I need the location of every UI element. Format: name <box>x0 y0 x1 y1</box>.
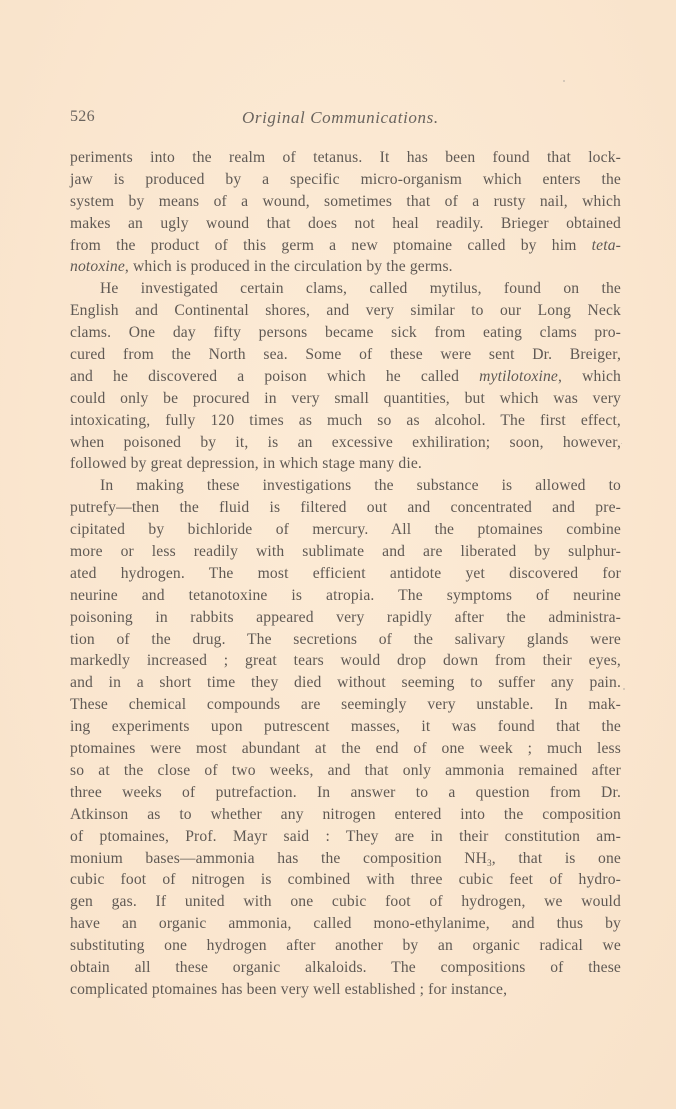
text-line: complicated ptomaines has been very well… <box>70 979 621 1001</box>
text-line: periments into the realm of tetanus. It … <box>70 147 621 169</box>
text-line: have an organic ammonia, called mono-eth… <box>70 913 621 935</box>
line-text: so at the close of two weeks, and that o… <box>70 762 621 779</box>
text-line: more or less readily with sublimate and … <box>70 541 621 563</box>
line-text: when poisoned by it, is an excessive exh… <box>70 434 621 451</box>
italic-term: notoxine <box>70 258 125 275</box>
paper-speck <box>563 80 565 82</box>
line-text: poisoning in rabbits appeared very rapid… <box>70 609 621 626</box>
text-line: jaw is produced by a specific micro-orga… <box>70 169 621 191</box>
line-text: could only be procured in very small qua… <box>70 390 621 407</box>
text-line: ptomaines were most abundant at the end … <box>70 738 621 760</box>
line-text: gen gas. If united with one cubic foot o… <box>70 893 621 910</box>
text-line: and in a short time they died without se… <box>70 672 621 694</box>
text-line: English and Continental shores, and very… <box>70 300 621 322</box>
text-line: three weeks of putrefaction. In answer t… <box>70 782 621 804</box>
text-line: ing experiments upon putrescent masses, … <box>70 716 621 738</box>
text-line: followed by great depression, in which s… <box>70 453 621 475</box>
text-line: intoxicating, fully 120 times as much so… <box>70 410 621 432</box>
italic-term: teta- <box>592 237 621 254</box>
line-text: Atkinson as to whether any nitrogen ente… <box>70 806 621 823</box>
line-text: , which <box>558 368 621 385</box>
line-text: neurine and tetanotoxine is atropia. The… <box>70 587 621 604</box>
text-line: markedly increased ; great tears would d… <box>70 650 621 672</box>
text-line: makes an ugly wound that does not heal r… <box>70 213 621 235</box>
line-text: intoxicating, fully 120 times as much so… <box>70 412 621 429</box>
text-line: cipitated by bichloride of mercury. All … <box>70 519 621 541</box>
line-text: have an organic ammonia, called mono-eth… <box>70 915 621 932</box>
line-text: of ptomaines, Prof. Mayr said : They are… <box>70 828 621 845</box>
text-line: and he discovered a poison which he call… <box>70 366 621 388</box>
text-line: monium bases—ammonia has the composition… <box>70 848 621 870</box>
text-line: obtain all these organic alkaloids. The … <box>70 957 621 979</box>
line-text: He investigated certain clams, called my… <box>100 280 621 297</box>
page-header: 526 Original Communications. <box>70 108 621 132</box>
line-text: , which is produced in the circulation b… <box>125 258 453 275</box>
text-line: could only be procured in very small qua… <box>70 388 621 410</box>
line-text: clams. One day fifty persons became sick… <box>70 324 621 341</box>
text-line: system by means of a wound, sometimes th… <box>70 191 621 213</box>
text-line: neurine and tetanotoxine is atropia. The… <box>70 585 621 607</box>
line-text: In making these investigations the subst… <box>100 477 621 494</box>
text-line: gen gas. If united with one cubic foot o… <box>70 891 621 913</box>
line-text: ing experiments upon putrescent masses, … <box>70 718 621 735</box>
line-text: cubic foot of nitrogen is combined with … <box>70 871 621 888</box>
text-line: cured from the North sea. Some of these … <box>70 344 621 366</box>
page-number: 526 <box>70 108 95 126</box>
line-text: system by means of a wound, sometimes th… <box>70 193 621 210</box>
line-text: followed by great depression, in which s… <box>70 455 422 472</box>
line-text: three weeks of putrefaction. In answer t… <box>70 784 621 801</box>
line-text: These chemical compounds are seemingly v… <box>70 696 621 713</box>
line-text: from the product of this germ a new ptom… <box>70 237 592 254</box>
text-line: when poisoned by it, is an excessive exh… <box>70 432 621 454</box>
text-line: of ptomaines, Prof. Mayr said : They are… <box>70 826 621 848</box>
line-text: obtain all these organic alkaloids. The … <box>70 959 621 976</box>
line-text: cipitated by bichloride of mercury. All … <box>70 521 621 538</box>
text-line: tion of the drug. The secretions of the … <box>70 629 621 651</box>
text-line: These chemical compounds are seemingly v… <box>70 694 621 716</box>
text-line: He investigated certain clams, called my… <box>70 278 621 300</box>
text-line: cubic foot of nitrogen is combined with … <box>70 869 621 891</box>
line-text: ated hydrogen. The most efficient antido… <box>70 565 621 582</box>
running-title: Original Communications. <box>242 108 439 128</box>
text-line: In making these investigations the subst… <box>70 475 621 497</box>
text-line: notoxine, which is produced in the circu… <box>70 256 621 278</box>
line-text: and in a short time they died without se… <box>70 674 621 691</box>
text-line: ated hydrogen. The most efficient antido… <box>70 563 621 585</box>
line-text: complicated ptomaines has been very well… <box>70 981 507 998</box>
line-text: markedly increased ; great tears would d… <box>70 652 621 669</box>
text-line: clams. One day fifty persons became sick… <box>70 322 621 344</box>
text-line: from the product of this germ a new ptom… <box>70 235 621 257</box>
line-text: monium bases—ammonia has the composition… <box>70 850 487 867</box>
line-text: cured from the North sea. Some of these … <box>70 346 621 363</box>
line-text: and he discovered a poison which he call… <box>70 368 479 385</box>
line-text: putrefy—then the fluid is filtered out a… <box>70 499 621 516</box>
line-text: tion of the drug. The secretions of the … <box>70 631 621 648</box>
line-text: periments into the realm of tetanus. It … <box>70 149 621 166</box>
text-line: Atkinson as to whether any nitrogen ente… <box>70 804 621 826</box>
line-text: substituting one hydrogen after another … <box>70 937 621 954</box>
text-line: poisoning in rabbits appeared very rapid… <box>70 607 621 629</box>
line-text: jaw is produced by a specific micro-orga… <box>70 171 621 188</box>
line-text: English and Continental shores, and very… <box>70 302 621 319</box>
text-line: substituting one hydrogen after another … <box>70 935 621 957</box>
line-text: more or less readily with sublimate and … <box>70 543 621 560</box>
line-text: , that is one <box>492 850 621 867</box>
line-text: makes an ugly wound that does not heal r… <box>70 215 621 232</box>
paper-speck <box>621 443 622 444</box>
paper-speck <box>623 688 625 690</box>
text-line: so at the close of two weeks, and that o… <box>70 760 621 782</box>
text-line: putrefy—then the fluid is filtered out a… <box>70 497 621 519</box>
body-text: periments into the realm of tetanus. It … <box>70 147 621 1001</box>
italic-term: mytilotoxine <box>479 368 558 385</box>
line-text: ptomaines were most abundant at the end … <box>70 740 621 757</box>
